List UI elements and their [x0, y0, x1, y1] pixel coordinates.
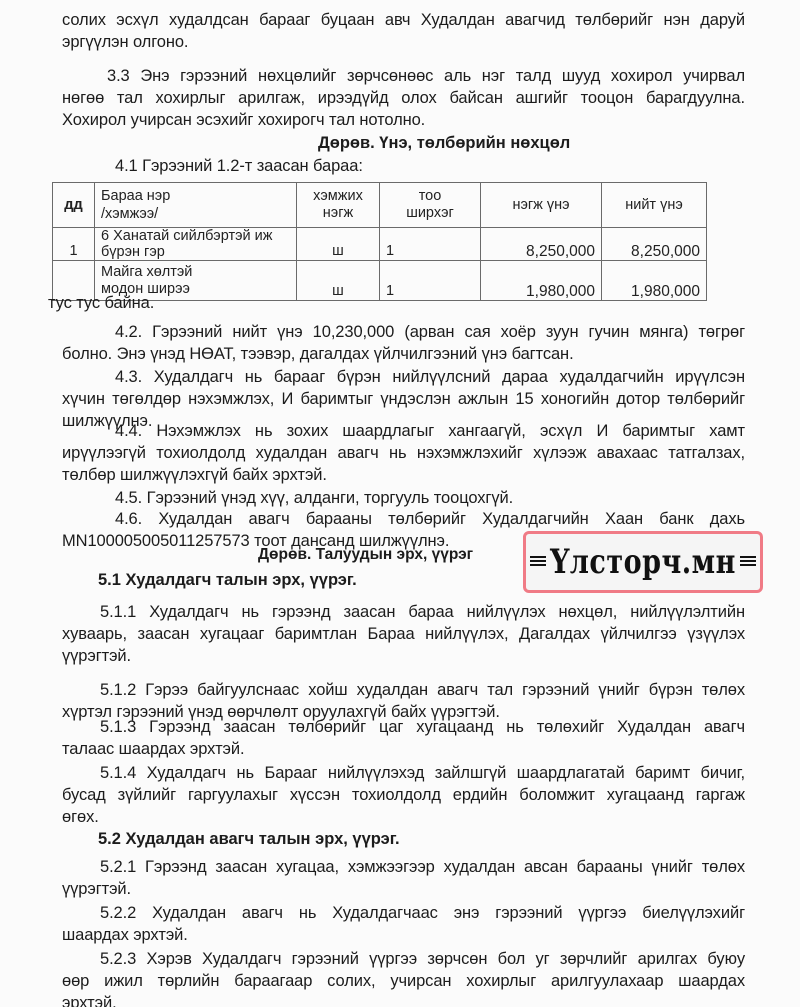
- clause-4-4: ирүүлээгүй тохиолдолд худалдан авагч нь …: [62, 443, 745, 463]
- clause-5-2-3: 5.2.3 Хэрэв Худалдагч гэрээний үүргээ зө…: [100, 949, 745, 969]
- header-cell: дд: [53, 183, 95, 228]
- clause-3-3: Хохирол учирсан эсэхийг хохирогч тал нот…: [62, 110, 745, 130]
- wing-left-icon: [530, 556, 546, 568]
- clause-3-3: 3.3 Энэ гэрээний нөхцөлийг зөрчсөнөөс ал…: [107, 66, 745, 86]
- clause-5-2-2: шаардах эрхтэй.: [62, 925, 745, 945]
- clause-4-3: 4.3. Худалдагч нь барааг бүрэн нийлүүлсн…: [115, 367, 745, 387]
- section-4-title: Дөрөв. Үнэ, төлбөрийн нөхцөл: [318, 134, 570, 153]
- clause-4-3: хүчин төгөлдөр нэхэмжлэх, И баримтыг үнд…: [62, 389, 745, 409]
- clause-4-1: 4.1 Гэрээний 1.2-т заасан бараа:: [115, 156, 798, 176]
- header-cell: нэгж үнэ: [481, 183, 602, 228]
- clause-5-1-1: үүрэгтэй.: [62, 646, 745, 666]
- table-row: 1 6 Ханатай сийлбэртэй иж бүрэн гэр ш 1 …: [53, 228, 707, 261]
- text-line: солих эсхүл худалдсан барааг буцаан авч …: [62, 10, 745, 30]
- clause-4-4: төлбөр шилжүүлэхгүй байх эрхтэй.: [62, 465, 745, 485]
- header-cell: нийт үнэ: [602, 183, 707, 228]
- clause-5-1-3: 5.1.3 Гэрээнд заасан төлбөрийг цаг хугац…: [100, 717, 745, 737]
- table-cell: 8,250,000: [602, 228, 707, 261]
- clause-5-2-1: үүрэгтэй.: [62, 879, 745, 899]
- goods-table: дд Бараа нэр /хэмжээ/ хэмжих нэгж тоо ши…: [52, 182, 707, 301]
- clause-5-1-4: өгөх.: [62, 807, 745, 827]
- document-page: солих эсхүл худалдсан барааг буцаан авч …: [0, 0, 800, 1007]
- clause-5-1-1: хуваарь, заасан хугацааг баримтлан Бараа…: [62, 624, 745, 644]
- clause-5-2-2: 5.2.2 Худалдан авагч нь Худалдагчаас энэ…: [100, 903, 745, 923]
- watermark-text: Үлсторч.мн: [550, 543, 736, 582]
- clause-5-2-3: эрхтэй.: [62, 993, 745, 1007]
- header-cell: тоо ширхэг: [380, 183, 481, 228]
- table-header-row: дд Бараа нэр /хэмжээ/ хэмжих нэгж тоо ши…: [53, 183, 707, 228]
- clause-5-1-4: 5.1.4 Худалдагч нь Барааг нийлүүлэхэд за…: [100, 763, 745, 783]
- clause-4-2: болно. Энэ үнэд НӨАТ, тээвэр, дагалдах ү…: [62, 344, 745, 364]
- clause-3-3: нөгөө тал хохирлыг арилгаж, ирээдүйд оло…: [62, 88, 745, 108]
- subsection-5-2: 5.2 Худалдан авагч талын эрх, үүрэг.: [98, 830, 400, 849]
- text-line: эргүүлэн олгоно.: [62, 32, 745, 52]
- subsection-5-1: 5.1 Худалдагч талын эрх, үүрэг.: [98, 571, 357, 590]
- clause-5-2-3: өөр ижил төрлийн бараагаар солих, учирса…: [62, 971, 745, 991]
- clause-5-1-4: бусад зүйлийг гаргуулахыг хүссэн тохиолд…: [62, 785, 745, 805]
- clause-5-1-2: 5.1.2 Гэрээ байгуулснаас хойш худалдан а…: [100, 680, 745, 700]
- section-5-title: Дөрөв. Талуудын эрх, үүрэг: [258, 546, 473, 564]
- header-cell: Бараа нэр /хэмжээ/: [95, 183, 297, 228]
- table-cell: 8,250,000: [481, 228, 602, 261]
- clause-4-5: 4.5. Гэрээний үнэд хүү, алданги, торгуул…: [115, 488, 798, 508]
- table-cell: 1: [380, 228, 481, 261]
- clause-4-4: 4.4. Нэхэмжлэх нь зохих шаардлагыг ханга…: [115, 421, 745, 441]
- table-cell: ш: [297, 228, 380, 261]
- after-table-text: тус тус байна.: [48, 293, 731, 313]
- header-cell: хэмжих нэгж: [297, 183, 380, 228]
- table-cell: 1: [53, 228, 95, 261]
- watermark-logo: Үлсторч.мн: [523, 531, 763, 593]
- clause-4-2: 4.2. Гэрээний нийт үнэ 10,230,000 (арван…: [115, 322, 745, 342]
- clause-5-1-3: талаас шаардах эрхтэй.: [62, 739, 745, 759]
- clause-5-2-1: 5.2.1 Гэрээнд заасан хугацаа, хэмжээгээр…: [100, 857, 745, 877]
- clause-5-1-1: 5.1.1 Худалдагч нь гэрээнд заасан бараа …: [100, 602, 745, 622]
- wing-right-icon: [740, 556, 756, 568]
- clause-4-6: 4.6. Худалдан авагч барааны төлбөрийг Ху…: [115, 509, 745, 529]
- table-cell: 6 Ханатай сийлбэртэй иж бүрэн гэр: [95, 228, 297, 261]
